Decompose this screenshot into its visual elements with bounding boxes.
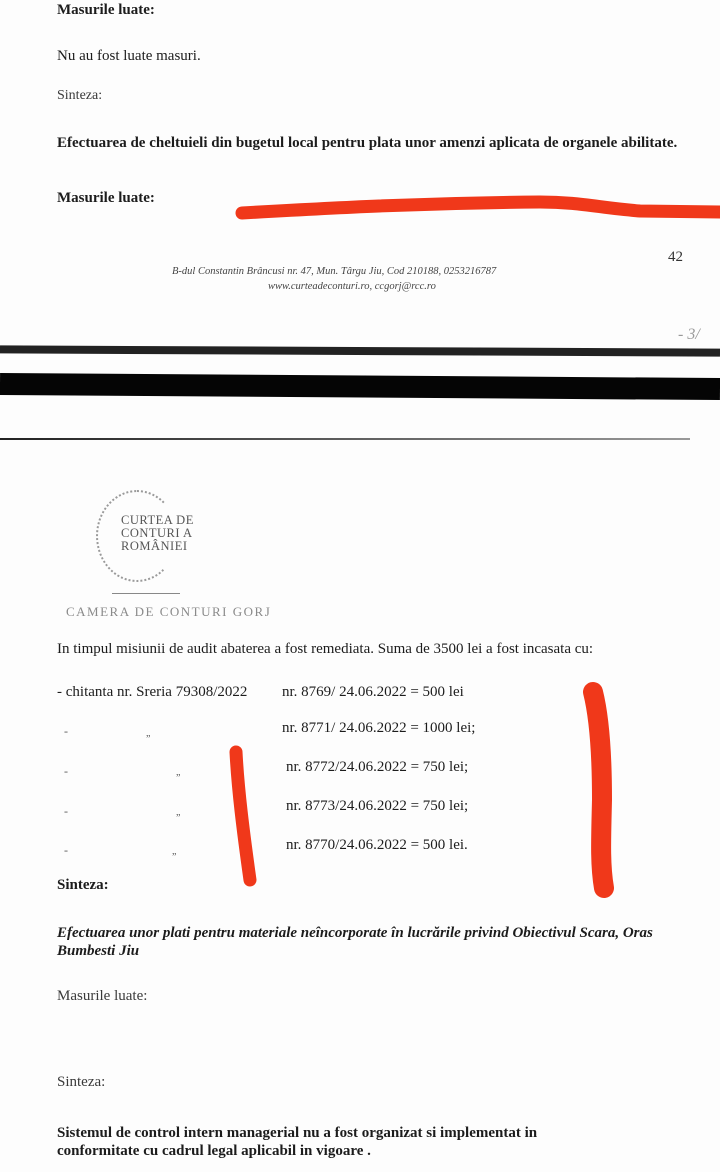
measures-text-1: Nu au fost luate masuri.	[57, 48, 201, 65]
page-number: 42	[668, 249, 683, 266]
synthesis-text-1: Efectuarea de cheltuieli din bugetul loc…	[57, 134, 697, 152]
receipt-row-4-ditto: „	[176, 807, 180, 818]
margin-handwritten-mark: - 3/	[678, 326, 700, 344]
receipt-row-2-detail: nr. 8771/ 24.06.2022 = 1000 lei;	[282, 720, 475, 737]
redaction-stroke-right	[593, 692, 604, 888]
receipt-row-3-ditto: „	[176, 767, 180, 778]
receipt-row-2-prefix: -	[64, 724, 68, 739]
receipt-row-4-prefix: -	[64, 804, 68, 819]
page-top-rule	[0, 438, 690, 440]
receipt-row-2-ditto: „	[146, 728, 150, 739]
redaction-stroke-left	[236, 752, 250, 880]
measures-heading-1: Masurile luate:	[57, 2, 155, 19]
synthesis-text-3: Sistemul de control intern managerial nu…	[57, 1124, 617, 1160]
footer-address: B-dul Constantin Brâncusi nr. 47, Mun. T…	[172, 266, 496, 277]
logo-divider	[112, 593, 180, 594]
receipt-row-5-ditto: „	[172, 846, 176, 857]
synthesis-text-2: Efectuarea unor plati pentru materiale n…	[57, 924, 707, 960]
page-gap-bar	[0, 373, 720, 400]
synthesis-label-1: Sinteza:	[57, 88, 102, 104]
measures-heading-2: Masurile luate:	[57, 190, 155, 207]
redaction-stroke-horizontal	[242, 202, 720, 213]
receipt-row-1-prefix: - chitanta nr. Sreria 79308/2022	[57, 684, 247, 701]
measures-label-3: Masurile luate:	[57, 988, 147, 1005]
page-edge-bar	[0, 345, 720, 356]
receipt-row-3-detail: nr. 8772/24.06.2022 = 750 lei;	[286, 759, 468, 776]
receipt-row-5-prefix: -	[64, 843, 68, 858]
department-name: CAMERA DE CONTURI GORJ	[66, 604, 271, 620]
logo-line-3: ROMÂNIEI	[121, 540, 188, 553]
intro-text: In timpul misiunii de audit abaterea a f…	[57, 641, 593, 658]
synthesis-label-2: Sinteza:	[57, 877, 109, 894]
receipt-row-4-detail: nr. 8773/24.06.2022 = 750 lei;	[286, 798, 468, 815]
receipt-row-1-detail: nr. 8769/ 24.06.2022 = 500 lei	[282, 684, 464, 701]
receipt-row-5-detail: nr. 8770/24.06.2022 = 500 lei.	[286, 837, 468, 854]
footer-contact: www.curteadeconturi.ro, ccgorj@rcc.ro	[268, 281, 436, 292]
receipt-row-3-prefix: -	[64, 764, 68, 779]
synthesis-label-3: Sinteza:	[57, 1074, 105, 1091]
